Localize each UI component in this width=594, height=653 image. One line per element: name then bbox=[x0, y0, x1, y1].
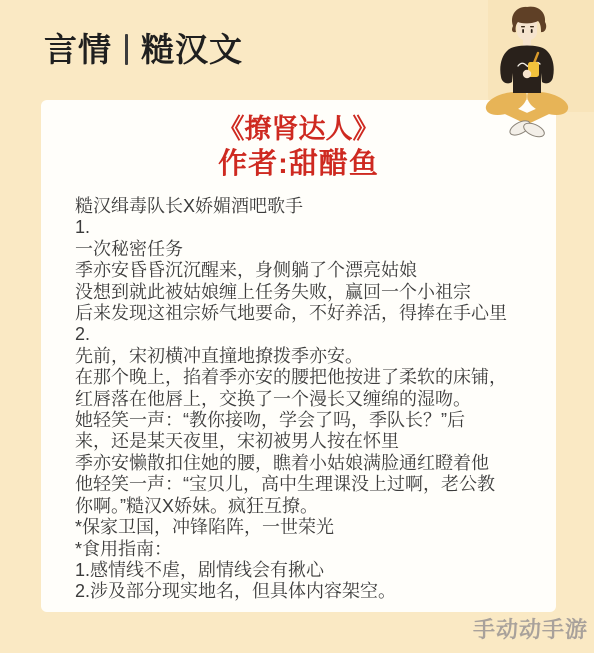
right-brow bbox=[530, 26, 534, 27]
description-line: 2.涉及部分现实地名，但具体内容架空。 bbox=[75, 581, 550, 602]
description-line: 先前，宋初横冲直撞地撩拨季亦安。 bbox=[75, 346, 550, 367]
left-eye bbox=[522, 29, 524, 33]
description-line: *保家卫国，冲锋陷阵，一世荣光 bbox=[75, 517, 550, 538]
header-divider-bar bbox=[125, 34, 128, 65]
category-label: 言情 bbox=[44, 33, 112, 66]
description-line: 在那个晚上，掐着季亦安的腰把他按进了柔软的床铺， bbox=[75, 367, 550, 388]
hand bbox=[523, 70, 531, 78]
description-line: 1. bbox=[75, 217, 550, 238]
description-line: 没想到就此被姑娘缠上任务失败，赢回一个小祖宗 bbox=[75, 282, 550, 303]
book-description: 糙汉缉毒队长X娇媚酒吧歌手1.一次秘密任务季亦安昏昏沉沉醒来，身侧躺了个漂亮姑娘… bbox=[41, 196, 556, 603]
book-card: 《撩肾达人》 作者:甜醋鱼 糙汉缉毒队长X娇媚酒吧歌手1.一次秘密任务季亦安昏昏… bbox=[41, 100, 556, 612]
header: 言情 糙汉文 bbox=[44, 33, 243, 66]
description-line: 2. bbox=[75, 324, 550, 345]
watermark: 手动动手游 bbox=[473, 613, 588, 644]
description-line: 季亦安昏昏沉沉醒来，身侧躺了个漂亮姑娘 bbox=[75, 260, 550, 281]
book-author: 作者:甜醋鱼 bbox=[41, 146, 556, 182]
description-line: 来，还是某天夜里，宋初被男人按在怀里 bbox=[75, 431, 550, 452]
left-brow bbox=[521, 26, 525, 27]
description-line: 她轻笑一声：“教你接吻，学会了吗，季队长？”后 bbox=[75, 410, 550, 431]
description-line: 红唇落在他唇上，交换了一个漫长又缠绵的湿吻。 bbox=[75, 389, 550, 410]
sitting-boy-illustration bbox=[474, 4, 580, 150]
description-line: 季亦安懒散扣住她的腰，瞧着小姑娘满脸通红瞪着他 bbox=[75, 453, 550, 474]
page-background: 言情 糙汉文 《撩肾达人》 作者:甜醋鱼 bbox=[0, 0, 594, 653]
description-line: 他轻笑一声：“宝贝儿，高中生理课没上过啊，老公教 bbox=[75, 474, 550, 495]
description-line: 后来发现这祖宗娇气地要命，不好养活，得捧在手心里 bbox=[75, 303, 550, 324]
description-line: 1.感情线不虐，剧情线会有揪心 bbox=[75, 560, 550, 581]
tshirt bbox=[500, 46, 553, 94]
description-line: 你啊。”糙汉X娇妹。疯狂互撩。 bbox=[75, 496, 550, 517]
right-eye bbox=[531, 29, 533, 33]
description-line: *食用指南： bbox=[75, 539, 550, 560]
description-line: 一次秘密任务 bbox=[75, 239, 550, 260]
description-line: 糙汉缉毒队长X娇媚酒吧歌手 bbox=[75, 196, 550, 217]
tag-label: 糙汉文 bbox=[141, 33, 243, 66]
